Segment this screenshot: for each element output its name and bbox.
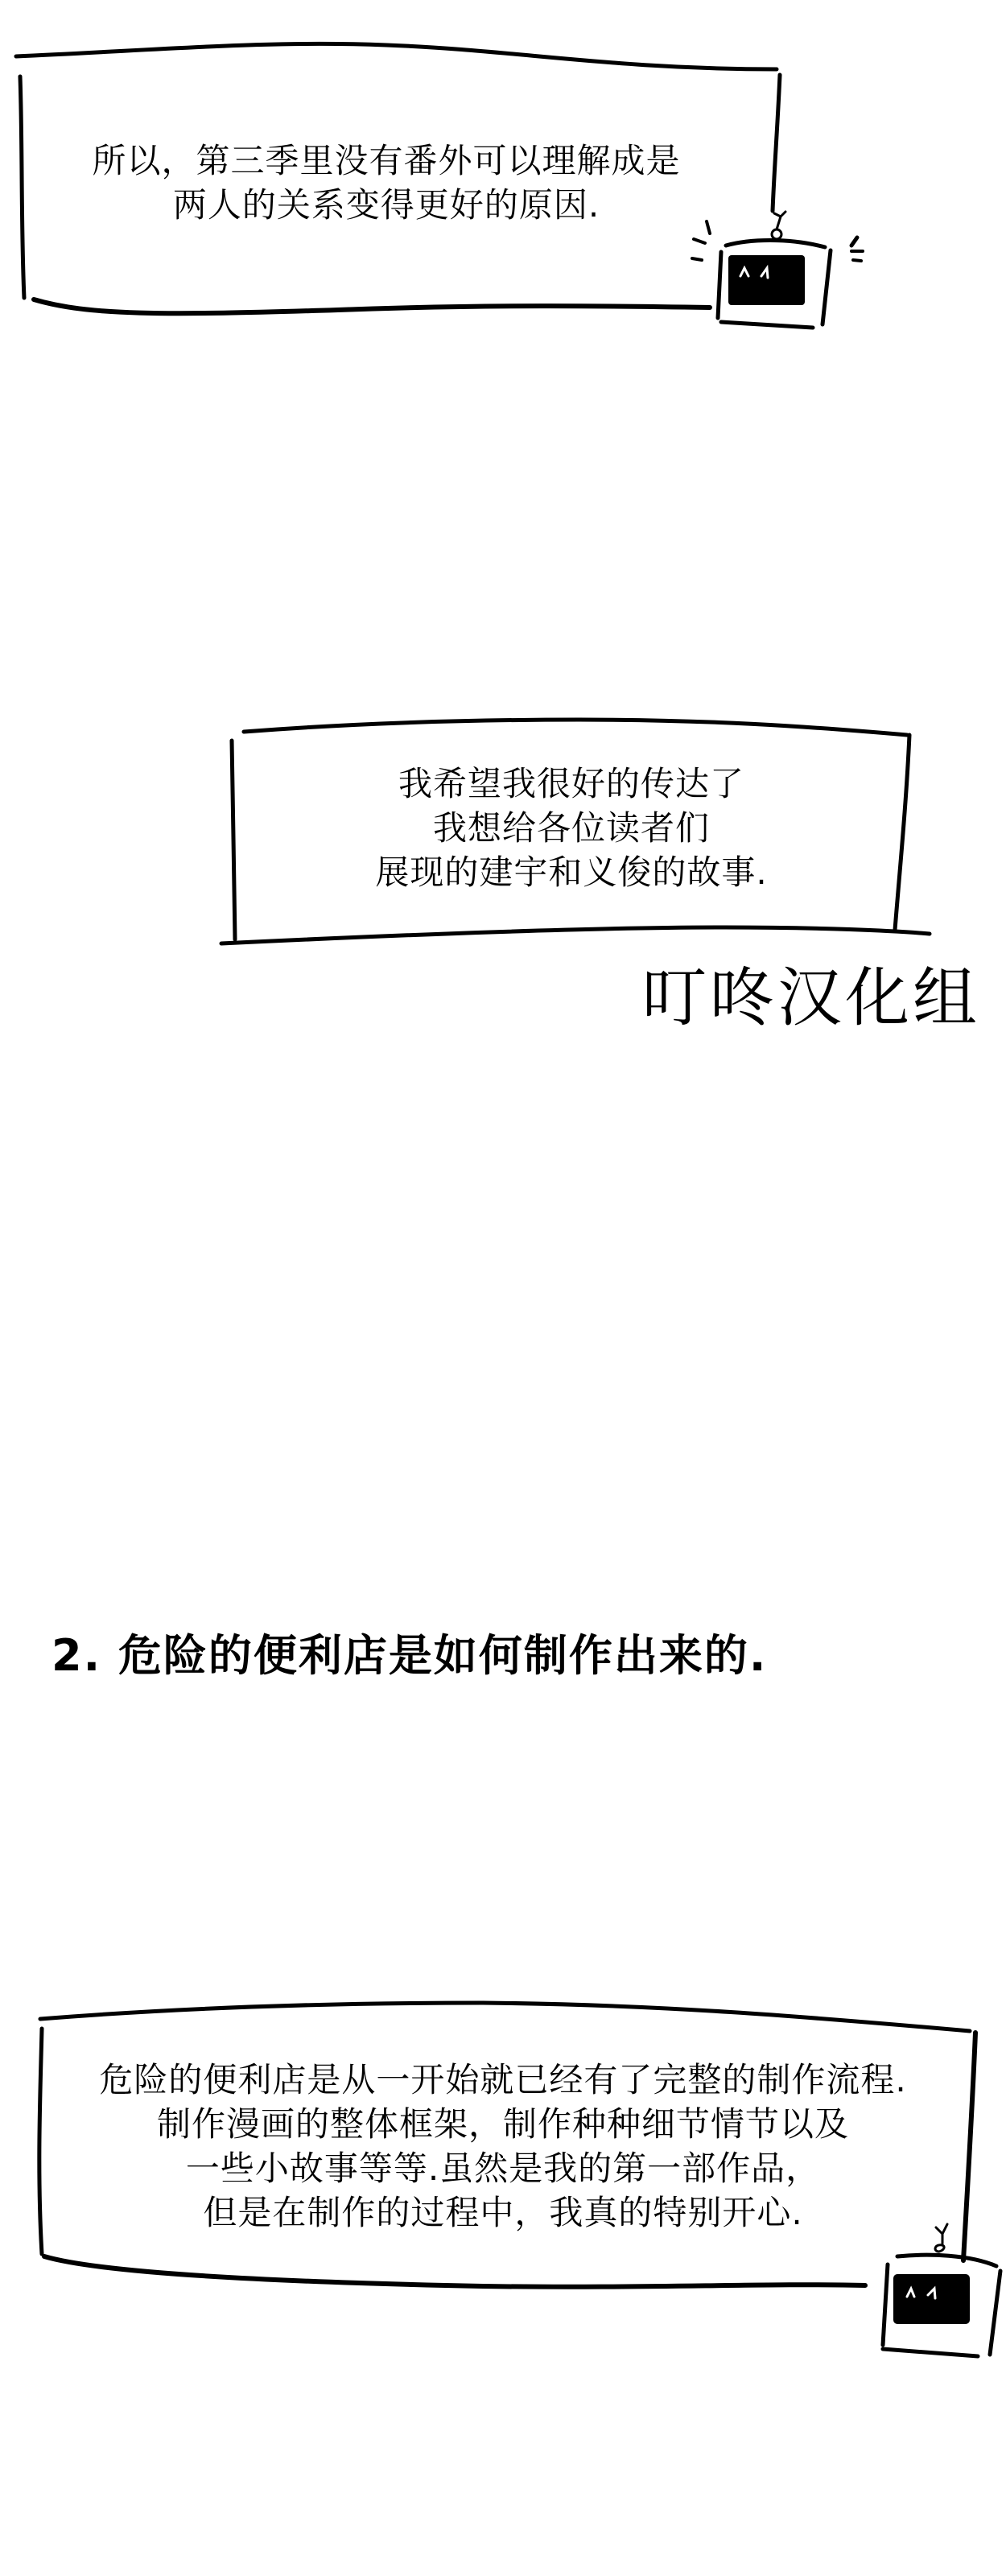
speech-line: 一些小故事等等.虽然是我的第一部作品， [48,2146,958,2190]
speech-line: 危险的便利店是从一开始就已经有了完整的制作流程. [48,2058,958,2102]
speech-box-2-text: 我希望我很好的传达了 我想给各位读者们 展现的建宇和义俊的故事. [322,762,821,894]
speech-line: 但是在制作的过程中，我真的特别开心. [48,2190,958,2235]
speech-line: 我想给各位读者们 [322,806,821,850]
speech-line: 所以，第三季里没有番外可以理解成是 [32,138,740,183]
tv-robot-icon [684,205,877,338]
speech-box-3-text: 危险的便利店是从一开始就已经有了完整的制作流程. 制作漫画的整体框架，制作种种细… [48,2058,958,2235]
scanlation-group-watermark: 叮咚汉化组 [642,958,980,1038]
speech-line: 展现的建宇和义俊的故事. [322,850,821,894]
speech-line: 两人的关系变得更好的原因. [32,183,740,227]
section-heading: 2. 危险的便利店是如何制作出来的. [52,1628,767,1684]
speech-line: 制作漫画的整体框架，制作种种细节情节以及 [48,2102,958,2146]
speech-box-1-text: 所以，第三季里没有番外可以理解成是 两人的关系变得更好的原因. [32,138,740,227]
tv-robot-icon [865,2218,1006,2363]
speech-line: 我希望我很好的传达了 [322,762,821,806]
